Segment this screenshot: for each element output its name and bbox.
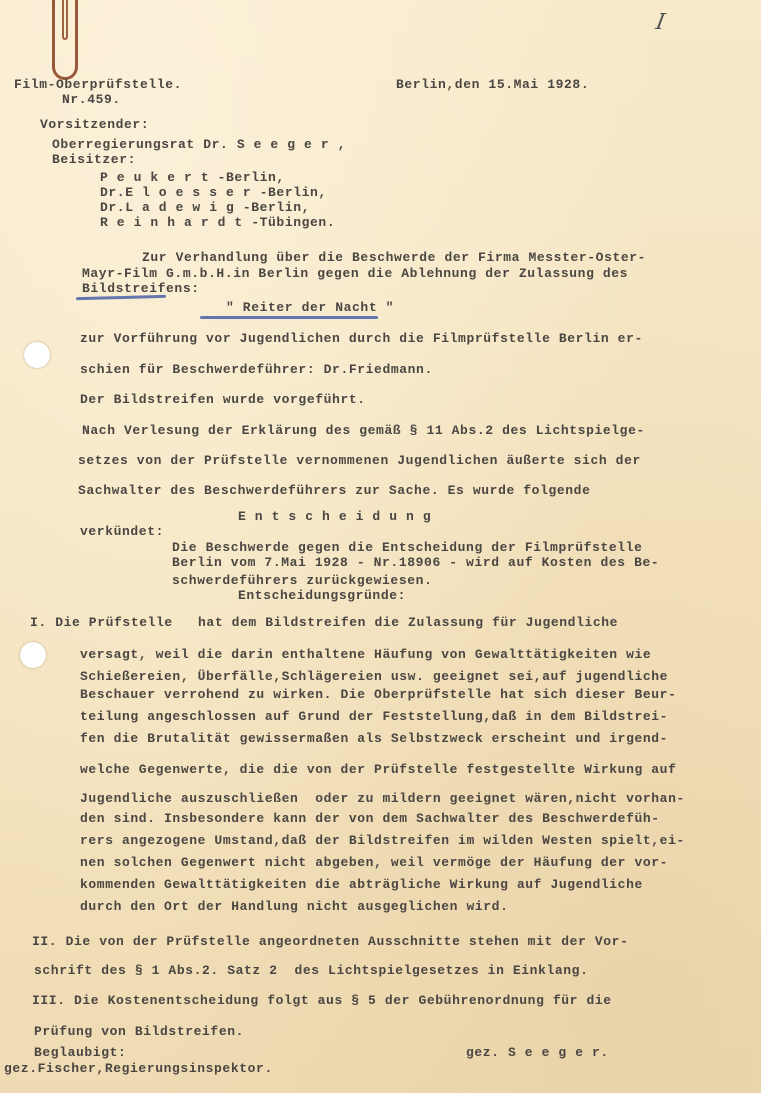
assessor: Dr.E l o e s s e r -Berlin, (100, 185, 327, 200)
hearing-line: setzes von der Prüfstelle vernommenen Ju… (78, 453, 641, 468)
hearing-line: Nach Verlesung der Erklärung des gemäß §… (82, 423, 645, 438)
announced-label: verkündet: (80, 524, 164, 539)
reason-ii-line: II. Die von der Prüfstelle angeordneten … (32, 934, 629, 949)
hearing-line: Sachwalter des Beschwerdeführers zur Sac… (78, 483, 590, 498)
intro-line: schien für Beschwerdeführer: Dr.Friedman… (80, 362, 433, 377)
document-number: Nr.459. (62, 92, 121, 107)
assessors-label: Beisitzer: (52, 152, 136, 167)
reason-i-line: rers angezogene Umstand,daß der Bildstre… (80, 833, 685, 848)
reason-i-line: fen die Brutalität gewissermaßen als Sel… (80, 731, 668, 746)
reason-iii-line: III. Die Kostenentscheidung folgt aus § … (32, 993, 612, 1008)
signature: gez. S e e g e r. (466, 1045, 609, 1060)
reason-i-line: welche Gegenwerte, die die von der Prüfs… (80, 762, 677, 777)
reason-i-line: teilung angeschlossen auf Grund der Fest… (80, 709, 668, 724)
reason-i-line: nen solchen Gegenwert nicht abgeben, wei… (80, 855, 668, 870)
assessor: Dr.L a d e w i g -Berlin, (100, 200, 310, 215)
reason-i-line: Jugendliche auszuschließen oder zu milde… (80, 791, 685, 806)
authority-name: Film-Oberprüfstelle. (14, 77, 182, 92)
reason-i-line: I. Die Prüfstelle hat dem Bildstreifen d… (30, 615, 618, 630)
chair-name: Oberregierungsrat Dr. S e e g e r , (52, 137, 346, 152)
page-number-mark: I (654, 10, 667, 35)
screening-note: Der Bildstreifen wurde vorgeführt. (80, 392, 366, 407)
intro-line: Zur Verhandlung über die Beschwerde der … (142, 250, 646, 265)
reason-ii-line: schrift des § 1 Abs.2. Satz 2 des Lichts… (34, 963, 588, 978)
certified-label: Beglaubigt: (34, 1045, 126, 1060)
reasons-heading: Entscheidungsgründe: (238, 588, 406, 603)
punch-hole (24, 342, 50, 368)
reason-i-line: durch den Ort der Handlung nicht ausgegl… (80, 899, 508, 914)
decision-line: Die Beschwerde gegen die Entscheidung de… (172, 540, 642, 555)
paperclip-inner-icon (62, 0, 68, 40)
decision-line: Berlin vom 7.Mai 1928 - Nr.18906 - wird … (172, 555, 659, 570)
reason-i-line: kommenden Gewalttätigkeiten die abträgli… (80, 877, 643, 892)
place-date: Berlin,den 15.Mai 1928. (396, 77, 589, 92)
reason-i-line: versagt, weil die darin enthaltene Häufu… (80, 647, 651, 662)
intro-line: zur Vorführung vor Jugendlichen durch di… (80, 331, 643, 346)
decision-line: schwerdeführers zurückgewiesen. (172, 573, 432, 588)
document-page: I Film-Oberprüfstelle. Nr.459. Berlin,de… (0, 0, 761, 1093)
assessor: R e i n h a r d t -Tübingen. (100, 215, 335, 230)
chair-label: Vorsitzender: (40, 117, 149, 132)
pen-underline (200, 316, 378, 319)
reason-i-line: Beschauer verrohend zu wirken. Die Oberp… (80, 687, 677, 702)
intro-line: Mayr-Film G.m.b.H.in Berlin gegen die Ab… (82, 266, 628, 281)
reason-i-line: den sind. Insbesondere kann der von dem … (80, 811, 660, 826)
reason-iii-line: Prüfung von Bildstreifen. (34, 1024, 244, 1039)
decision-heading: E n t s c h e i d u n g (238, 509, 431, 524)
reason-i-line: Schießereien, Überfälle,Schlägereien usw… (80, 669, 668, 684)
assessor: P e u k e r t -Berlin, (100, 170, 285, 185)
certified-by: gez.Fischer,Regierungsinspektor. (4, 1061, 273, 1076)
intro-line: Bildstreifens: (82, 281, 200, 296)
punch-hole (20, 642, 46, 668)
film-title: " Reiter der Nacht " (226, 300, 394, 315)
